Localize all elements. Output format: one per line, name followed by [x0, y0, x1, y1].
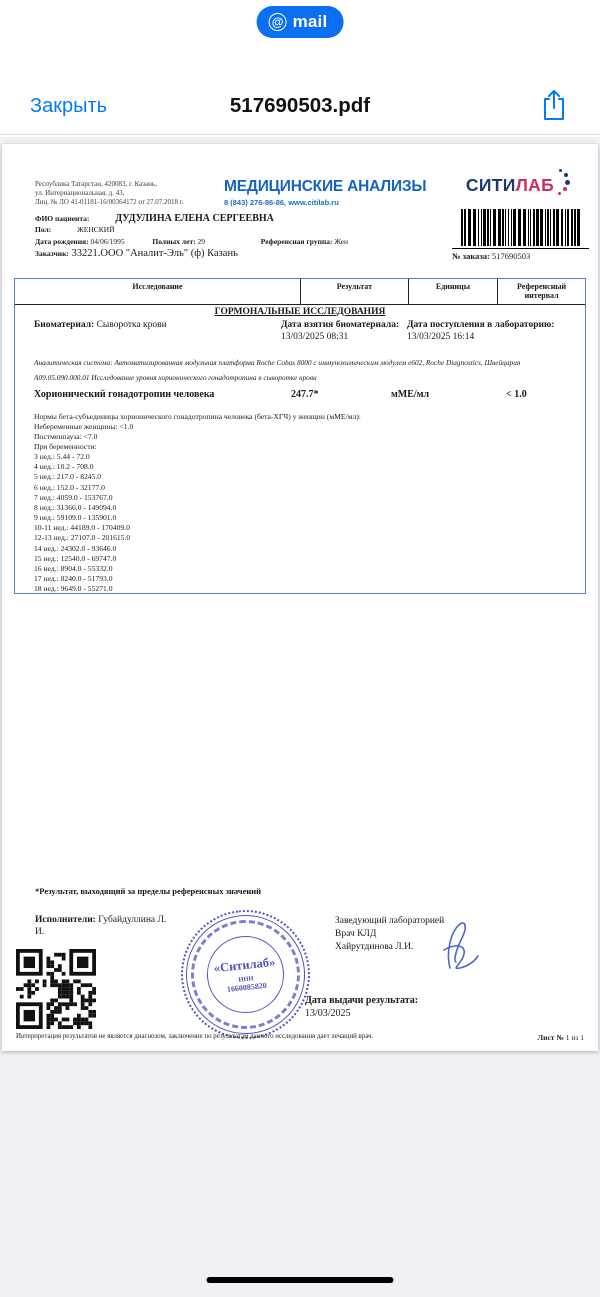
norm-line: 17 нед.: 8240.0 - 51793.0: [34, 574, 585, 584]
order-number-row: № заказа: 517690503: [452, 248, 589, 261]
norm-line: Небеременные женщины: <1.0: [34, 422, 585, 432]
study-code-note: A09.05.090.000.01 Исследование уровня хо…: [34, 373, 566, 383]
customer-value: 33221.ООО "Аналит-Эль" (ф) Казань: [72, 248, 238, 259]
issue-date-label: Дата выдачи результата:: [305, 995, 418, 1006]
mail-app-badge[interactable]: @ mail: [257, 6, 344, 38]
norms-intro: Нормы бета-субъединицы хорионического го…: [34, 412, 585, 422]
patient-refgroup-label: Референсная группа:: [261, 237, 333, 246]
col-header-study: Исследование: [15, 279, 300, 304]
norm-line: 14 нед.: 24302.0 - 93646.0: [34, 544, 585, 554]
taken-value: 13/03/2025 08:31: [281, 332, 406, 342]
pdf-title: 517690503.pdf: [0, 94, 600, 118]
executors-label: Исполнители:: [35, 915, 96, 925]
patient-dob-label: Дата рождения:: [35, 237, 89, 246]
received-label: Дата поступления в лабораторию:: [407, 320, 554, 330]
norm-line: 18 нед.: 9649.0 - 55271.0: [34, 584, 585, 594]
issue-date-block: Дата выдачи результата: 13/03/2025: [305, 995, 418, 1019]
taken-label: Дата взятия биоматериала:: [281, 320, 399, 330]
biomaterial-label: Биоматериал:: [34, 320, 94, 330]
analytic-system-note: Аналитическая система: Автоматизированна…: [34, 358, 566, 368]
patient-sex-label: Пол:: [35, 225, 51, 234]
norm-line: 8 нед.: 31366.0 - 149094.0: [34, 503, 585, 513]
share-icon: [540, 88, 568, 122]
share-button[interactable]: [540, 88, 568, 122]
result-name: Хорионический гонадотропин человека: [34, 389, 214, 400]
col-header-result: Результат: [300, 279, 408, 304]
clinic-address-line: Лиц. № ЛО 41-01181-16/00364172 от 27.07.…: [35, 198, 184, 207]
doc-footer: Интерпретация результатов не является ди…: [16, 1033, 584, 1042]
clinic-address-line: ул. Интернациональная, д. 43,: [35, 189, 184, 198]
home-indicator[interactable]: [207, 1277, 394, 1283]
citilab-logo: СИТИЛАБ: [466, 175, 554, 196]
mail-badge-label: mail: [293, 12, 328, 32]
result-row: Хорионический гонадотропин человека 247.…: [15, 389, 585, 404]
received-value: 13/03/2025 16:14: [407, 332, 577, 342]
citilab-logo-lab: ЛАБ: [516, 175, 554, 195]
clinic-address: Республика Татарстан, 420083, г. Казань,…: [35, 180, 184, 207]
biomaterial-value: Сыворотка крови: [97, 320, 167, 330]
norm-line: 12-13 нед.: 27107.0 - 201615.0: [34, 533, 585, 543]
norm-line: Постменпауза: <7.0: [34, 432, 585, 442]
results-table: Исследование Результат Единицы Референсн…: [14, 278, 586, 594]
patient-age: 29: [198, 237, 206, 246]
customer-label: Заказчик:: [35, 249, 69, 258]
citilab-logo-citi: СИТИ: [466, 175, 516, 195]
norm-line: 9 нед.: 59109.0 - 135901.0: [34, 513, 585, 523]
mail-at-icon: @: [269, 13, 287, 31]
citilab-logo-dots-icon: [554, 169, 570, 195]
section-title: ГОРМОНАЛЬНЫЕ ИССЛЕДОВАНИЯ: [15, 307, 585, 317]
out-of-range-footnote: *Результат, выходящий за пределы референ…: [35, 886, 261, 896]
norm-line: 7 нед.: 4059.0 - 153767.0: [34, 493, 585, 503]
order-block: № заказа: 517690503: [452, 209, 589, 261]
biomaterial-row: Биоматериал: Сыворотка крови Дата взятия…: [15, 320, 585, 352]
patient-dob: 04/06/1995: [91, 237, 125, 246]
received-cell: Дата поступления в лабораторию: 13/03/20…: [407, 320, 577, 342]
taken-cell: Дата взятия биоматериала: 13/03/2025 08:…: [281, 320, 406, 342]
brand-contacts: 8 (843) 276-86-86, www.citilab.ru: [224, 198, 414, 207]
norm-line: 15 нед.: 12540.0 - 69747.0: [34, 554, 585, 564]
clinic-address-line: Республика Татарстан, 420083, г. Казань,: [35, 180, 184, 189]
col-header-ref: Референсный интервал: [497, 279, 585, 304]
patient-fio-row: ФИО пациента: ДУДУЛИНА ЕЛЕНА СЕРГЕЕВНА: [35, 213, 348, 225]
qr-code: [16, 949, 96, 1029]
norm-line: При беременности:: [34, 442, 585, 452]
stamp-center: «Ситилаб» ИНН 1660085820: [205, 934, 285, 1014]
stamp-name: «Ситилаб»: [213, 954, 276, 975]
sheet-value: 1 из 1: [566, 1033, 584, 1042]
stamp-inn-number: 1660085820: [226, 980, 267, 993]
norm-line: 10-11 нед.: 44189.0 - 170409.0: [34, 523, 585, 533]
sheet-label: Лист №: [538, 1033, 564, 1042]
pdf-page: Республика Татарстан, 420083, г. Казань,…: [2, 144, 598, 1051]
col-header-units: Единицы: [408, 279, 497, 304]
patient-fio-label: ФИО пациента:: [35, 214, 89, 223]
order-number: 517690503: [492, 251, 530, 261]
clinic-brand: МЕДИЦИНСКИЕ АНАЛИЗЫ 8 (843) 276-86-86, w…: [224, 178, 414, 207]
signature: [420, 916, 490, 984]
results-table-header: Исследование Результат Единицы Референсн…: [15, 279, 585, 305]
patient-info: ФИО пациента: ДУДУЛИНА ЕЛЕНА СЕРГЕЕВНА П…: [35, 213, 348, 260]
norms-list: Небеременные женщины: <1.0Постменпауза: …: [34, 422, 585, 595]
citilab-stamp: «Ситилаб» ИНН 1660085820: [175, 903, 317, 1045]
norm-line: 6 нед.: 152.0 - 32177.0: [34, 483, 585, 493]
order-number-label: № заказа:: [452, 251, 490, 261]
patient-age-label: Полных лет:: [152, 237, 195, 246]
norm-line: 3 нед.: 5.44 - 72.0: [34, 452, 585, 462]
barcode: [452, 209, 589, 246]
interpretation-note: Интерпретация результатов не является ди…: [16, 1033, 373, 1042]
patient-sex-row: Пол: ЖЕНСКИЙ: [35, 224, 348, 236]
pdf-viewport[interactable]: Республика Татарстан, 420083, г. Казань,…: [0, 137, 600, 1297]
executors-block: Исполнители: Губайдуллина Л. И.: [35, 914, 167, 938]
norm-line: 5 нед.: 217.0 - 8245.0: [34, 472, 585, 482]
pdf-nav-bar: Закрыть 517690503.pdf: [0, 82, 600, 130]
norm-line: 4 нед.: 10.2 - 708.0: [34, 462, 585, 472]
result-ref-interval: < 1.0: [506, 389, 527, 400]
brand-title: МЕДИЦИНСКИЕ АНАЛИЗЫ: [224, 178, 414, 196]
patient-dob-row: Дата рождения: 04/06/1995 Полных лет: 29…: [35, 236, 348, 248]
sheet-number: Лист № 1 из 1: [538, 1033, 584, 1042]
biomaterial-cell: Биоматериал: Сыворотка крови: [34, 320, 167, 330]
patient-fio: ДУДУЛИНА ЕЛЕНА СЕРГЕЕВНА: [115, 213, 274, 224]
patient-refgroup: Жен: [334, 237, 348, 246]
norm-line: 16 нед.: 8904.0 - 55332.0: [34, 564, 585, 574]
customer-row: Заказчик: 33221.ООО "Аналит-Эль" (ф) Каз…: [35, 248, 348, 260]
result-value: 247.7*: [291, 389, 319, 400]
issue-date-value: 13/03/2025: [305, 1008, 418, 1019]
result-units: мМЕ/мл: [391, 389, 429, 400]
patient-sex: ЖЕНСКИЙ: [77, 225, 115, 234]
app-header: @ mail Закрыть 517690503.pdf: [0, 0, 600, 135]
norms-block: Нормы бета-субъединицы хорионического го…: [34, 412, 585, 595]
screen: @ mail Закрыть 517690503.pdf Республика …: [0, 0, 600, 1297]
